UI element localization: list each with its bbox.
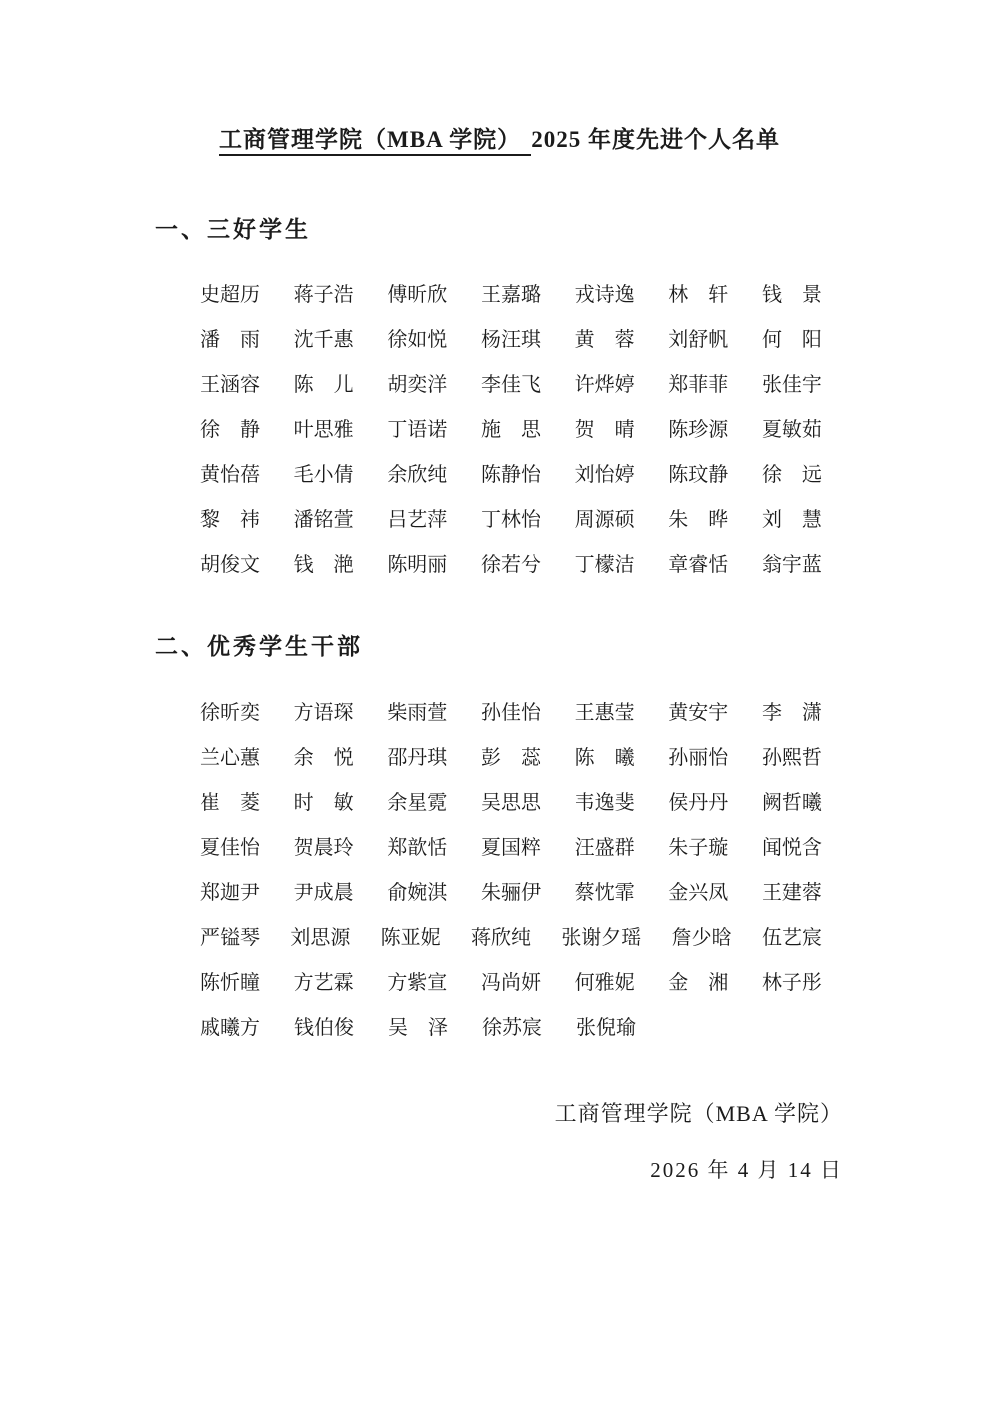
student-name: 徐 静 [200,413,260,442]
student-name: 史超历 [200,278,260,307]
student-name: 朱骊伊 [481,876,541,905]
student-name: 陈明丽 [387,548,447,577]
student-name: 刘怡婷 [575,458,635,487]
student-name: 戎诗逸 [575,278,635,307]
name-row: 黎 祎潘铭萱吕艺萍丁林怡周源硕朱 晔刘 慧 [200,495,822,540]
student-name: 郑歆恬 [387,831,447,860]
student-name: 兰心蕙 [200,741,260,770]
student-name: 郑菲菲 [668,368,728,397]
student-name: 张谢夕瑶 [561,921,641,950]
student-name: 王惠莹 [575,696,635,725]
student-name: 金兴凤 [668,876,728,905]
student-name: 蔡忱霏 [575,876,635,905]
student-name: 冯尚妍 [481,966,541,995]
student-name: 侯丹丹 [668,786,728,815]
student-name: 林子彤 [762,966,822,995]
name-row: 潘 雨沈千惠徐如悦杨汪琪黄 蓉刘舒帆何 阳 [200,315,822,360]
student-name: 孙佳怡 [481,696,541,725]
student-name: 章睿恬 [668,548,728,577]
student-name: 余星霓 [387,786,447,815]
name-row: 胡俊文钱 滟陈明丽徐若兮丁檬洁章睿恬翁宇蓝 [200,540,822,585]
student-name: 傅昕欣 [387,278,447,307]
student-name: 王涵容 [200,368,260,397]
student-name: 贺 晴 [575,413,635,442]
student-name: 钱 景 [762,278,822,307]
student-name: 胡奕洋 [387,368,447,397]
student-name: 陈珍源 [668,413,728,442]
student-name: 丁语诺 [387,413,447,442]
student-name: 蒋子浩 [294,278,354,307]
award-section: 二、优秀学生干部 徐昕奕方语琛柴雨萱孙佳怡王惠莹黄安宇李 潇兰心蕙余 悦邵丹琪彭… [0,631,999,1048]
student-name: 翁宇蓝 [762,548,822,577]
student-name: 李佳飞 [481,368,541,397]
name-rows: 史超历蒋子浩傅昕欣王嘉璐戎诗逸林 轩钱 景潘 雨沈千惠徐如悦杨汪琪黄 蓉刘舒帆何… [200,270,822,585]
student-name: 余 悦 [294,741,354,770]
document-footer: 工商管理学院（MBA 学院） 2026 年 4 月 14 日 [0,1096,999,1188]
name-row: 夏佳怡贺晨玲郑歆恬夏国粹汪盛群朱子璇闻悦含 [200,823,822,868]
student-name: 夏佳怡 [200,831,260,860]
student-name: 沈千惠 [294,323,354,352]
section-heading-youxiu-ganbu: 二、优秀学生干部 [155,631,999,663]
student-name: 陈 曦 [575,741,635,770]
student-name: 邵丹琪 [387,741,447,770]
student-name: 丁林怡 [481,503,541,532]
student-name: 夏国粹 [481,831,541,860]
student-name: 时 敏 [294,786,354,815]
student-name: 陈 儿 [294,368,354,397]
student-name: 汪盛群 [575,831,635,860]
name-rows: 徐昕奕方语琛柴雨萱孙佳怡王惠莹黄安宇李 潇兰心蕙余 悦邵丹琪彭 蕊陈 曦孙丽怡孙… [200,688,822,1048]
student-name: 何雅妮 [575,966,635,995]
student-name: 潘铭萱 [294,503,354,532]
student-name: 徐苏宸 [482,1011,542,1040]
student-name: 陈玟静 [668,458,728,487]
student-name: 王建蓉 [762,876,822,905]
student-name: 刘思源 [290,921,350,950]
student-name: 周源硕 [575,503,635,532]
student-name: 黄怡蓓 [200,458,260,487]
footer-date: 2026 年 4 月 14 日 [0,1152,843,1188]
student-name: 严镒琴 [200,921,260,950]
name-row: 戚曦方钱伯俊吴 泽徐苏宸张倪瑜 [200,1003,822,1048]
student-name: 闻悦含 [762,831,822,860]
student-name: 黄 蓉 [575,323,635,352]
student-name: 徐 远 [762,458,822,487]
student-name: 张倪瑜 [576,1011,636,1040]
student-name: 吕艺萍 [387,503,447,532]
student-name: 施 思 [481,413,541,442]
student-name: 钱 滟 [294,548,354,577]
student-name: 杨汪琪 [481,323,541,352]
award-section: 一、三好学生 史超历蒋子浩傅昕欣王嘉璐戎诗逸林 轩钱 景潘 雨沈千惠徐如悦杨汪琪… [0,214,999,585]
student-name: 孙丽怡 [668,741,728,770]
student-name: 郑迦尹 [200,876,260,905]
student-name: 张佳宇 [762,368,822,397]
student-name: 吴 泽 [388,1011,448,1040]
student-name: 方语琛 [294,696,354,725]
student-name: 贺晨玲 [294,831,354,860]
student-name: 陈静怡 [481,458,541,487]
student-name: 詹少晗 [672,921,732,950]
student-name: 徐如悦 [387,323,447,352]
student-name: 蒋欣纯 [471,921,531,950]
student-name: 胡俊文 [200,548,260,577]
student-name: 韦逸斐 [575,786,635,815]
student-name: 朱子璇 [668,831,728,860]
student-name: 黎 祎 [200,503,260,532]
student-name: 方艺霖 [294,966,354,995]
name-row: 黄怡蓓毛小倩余欣纯陈静怡刘怡婷陈玟静徐 远 [200,450,822,495]
student-name: 黄安宇 [668,696,728,725]
document-page: 工商管理学院（MBA 学院）2025 年度先进个人名单 一、三好学生 史超历蒋子… [0,0,999,1414]
student-name: 崔 菱 [200,786,260,815]
document-title-rest: 2025 年度先进个人名单 [531,127,780,152]
student-name: 潘 雨 [200,323,260,352]
student-name: 钱伯俊 [294,1011,354,1040]
student-name: 陈亚妮 [381,921,441,950]
name-row: 严镒琴刘思源陈亚妮蒋欣纯张谢夕瑶詹少晗伍艺宸 [200,913,822,958]
student-name: 刘 慧 [762,503,822,532]
student-name: 方紫宣 [387,966,447,995]
name-row: 史超历蒋子浩傅昕欣王嘉璐戎诗逸林 轩钱 景 [200,270,822,315]
student-name: 尹成晨 [294,876,354,905]
student-name: 余欣纯 [387,458,447,487]
student-name: 彭 蕊 [481,741,541,770]
student-name: 徐昕奕 [200,696,260,725]
student-name: 王嘉璐 [481,278,541,307]
student-name: 朱 晔 [668,503,728,532]
student-name: 毛小倩 [294,458,354,487]
footer-organization: 工商管理学院（MBA 学院） [0,1096,843,1132]
student-name: 孙熙哲 [762,741,822,770]
student-name: 吴思思 [481,786,541,815]
student-name: 丁檬洁 [575,548,635,577]
name-row: 陈忻瞳方艺霖方紫宣冯尚妍何雅妮金 湘林子彤 [200,958,822,1003]
student-name: 柴雨萱 [387,696,447,725]
student-name: 何 阳 [762,323,822,352]
student-name: 夏敏茹 [762,413,822,442]
document-title-underlined: 工商管理学院（MBA 学院） [219,127,531,156]
name-row: 王涵容陈 儿胡奕洋李佳飞许烨婷郑菲菲张佳宇 [200,360,822,405]
name-row: 郑迦尹尹成晨俞婉淇朱骊伊蔡忱霏金兴凤王建蓉 [200,868,822,913]
name-row: 崔 菱时 敏余星霓吴思思韦逸斐侯丹丹阙哲曦 [200,778,822,823]
student-name: 戚曦方 [200,1011,260,1040]
student-name: 李 潇 [762,696,822,725]
student-name: 陈忻瞳 [200,966,260,995]
name-row: 徐 静叶思雅丁语诺施 思贺 晴陈珍源夏敏茹 [200,405,822,450]
section-heading-sanhao: 一、三好学生 [155,214,999,246]
name-row: 兰心蕙余 悦邵丹琪彭 蕊陈 曦孙丽怡孙熙哲 [200,733,822,778]
document-title: 工商管理学院（MBA 学院）2025 年度先进个人名单 [0,0,999,158]
student-name: 林 轩 [668,278,728,307]
student-name: 许烨婷 [575,368,635,397]
student-name: 俞婉淇 [387,876,447,905]
student-name: 伍艺宸 [762,921,822,950]
student-name: 阙哲曦 [762,786,822,815]
student-name: 金 湘 [668,966,728,995]
name-row: 徐昕奕方语琛柴雨萱孙佳怡王惠莹黄安宇李 潇 [200,688,822,733]
student-name: 刘舒帆 [668,323,728,352]
student-name: 叶思雅 [294,413,354,442]
student-name: 徐若兮 [481,548,541,577]
